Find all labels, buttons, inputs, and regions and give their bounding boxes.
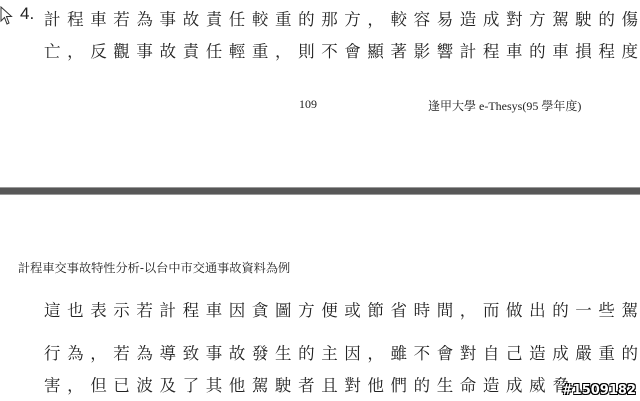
body-text-line: 亡，反觀事故責任輕重，則不會顯著影響計程車的車損程度，: [44, 38, 640, 62]
mouse-cursor-icon: [0, 6, 14, 26]
body-text-line: 這也表示若計程車因貪圖方便或節省時間，而做出的一些駕駛: [44, 297, 640, 321]
footer-source: 逢甲大學 e-Thesys(95 學年度): [428, 97, 581, 114]
watermark-id: #1509182: [562, 383, 636, 398]
body-text-line: 害，但已波及了其他駕駛者且對他們的生命造成威脅。: [44, 372, 598, 396]
body-text-line: 行為，若為導致事故發生的主因，雖不會對自己造成嚴重的傷: [44, 340, 640, 364]
running-header: 計程車交事故特性分析-以台中市交通事故資料為例: [18, 259, 290, 276]
list-item-number: 4.: [20, 4, 34, 24]
body-text-line: 計程車若為事故責任較重的那方，較容易造成對方駕駛的傷: [44, 6, 640, 30]
page-divider: [0, 187, 640, 195]
page-number: 109: [299, 97, 317, 112]
